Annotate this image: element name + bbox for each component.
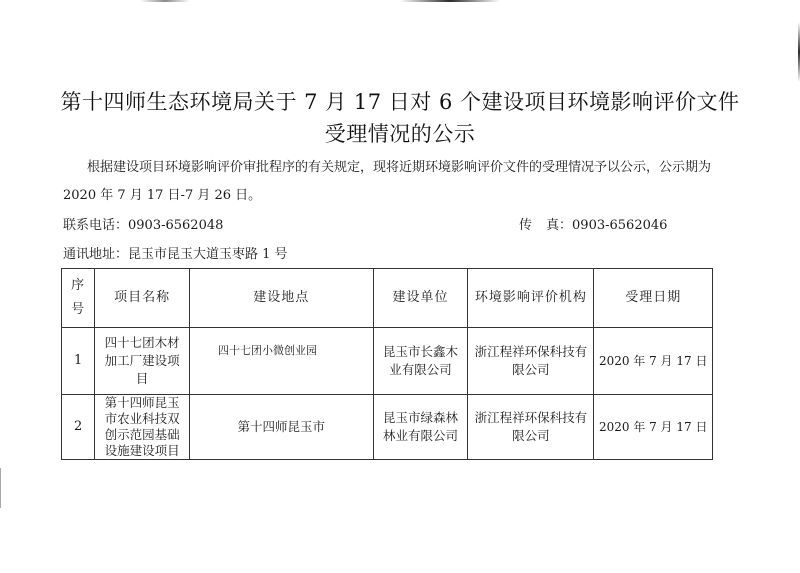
cell-seq: 2 <box>62 395 95 460</box>
header-site: 建设地点 <box>190 269 374 328</box>
fax: 传真：0903-6562046 <box>519 214 667 233</box>
cell-eia-agency: 浙江程祥环保科技有限公司 <box>468 395 594 460</box>
project-acceptance-table: 序 号 项目名称 建设地点 建设单位 环境影响评价机构 受理日期 1 四十七团木… <box>61 268 713 460</box>
cell-site: 四十七团小微创业园 <box>190 328 374 395</box>
cell-site: 第十四师昆玉市 <box>190 395 374 460</box>
header-seq-line-1: 序 <box>66 274 90 298</box>
document-title-line-2: 受理情况的公示 <box>60 118 740 148</box>
cell-unit: 昆玉市绿森林林业有限公司 <box>373 395 468 460</box>
mailing-address: 通讯地址：昆玉市昆玉大道玉枣路 1 号 <box>63 243 288 262</box>
document-title-line-1: 第十四师生态环境局关于 7 月 17 日对 6 个建设项目环境影响评价文件 <box>60 86 740 116</box>
header-seq-line-2: 号 <box>66 298 90 322</box>
scan-artifact <box>400 0 500 2</box>
cell-date: 2020 年 7 月 17 日 <box>594 328 713 395</box>
intro-paragraph-line-2: 2020 年 7 月 17 日-7 月 26 日。 <box>63 184 261 203</box>
cell-date: 2020 年 7 月 17 日 <box>594 395 713 460</box>
cell-project-name: 第十四师昆玉市农业科技双创示范园基础设施建设项目 <box>95 395 190 460</box>
contact-phone-label: 联系电话： <box>63 218 128 233</box>
header-seq: 序 号 <box>62 269 95 328</box>
address-value: 昆玉市昆玉大道玉枣路 1 号 <box>128 247 288 262</box>
table-row: 1 四十七团木材加工厂建设项目 四十七团小微创业园 昆玉市长鑫木业有限公司 浙江… <box>62 328 713 395</box>
table-header-row: 序 号 项目名称 建设地点 建设单位 环境影响评价机构 受理日期 <box>62 269 713 328</box>
cell-seq: 1 <box>62 328 95 395</box>
scan-artifact <box>0 468 1 508</box>
fax-label-a: 传 <box>519 218 546 233</box>
intro-paragraph-line-1: 根据建设项目环境影响评价审批程序的有关规定，现将近期环境影响评价文件的受理情况予… <box>87 156 711 175</box>
header-unit: 建设单位 <box>373 269 468 328</box>
fax-label-b: 真： <box>546 218 572 233</box>
header-project-name: 项目名称 <box>95 269 190 328</box>
cell-project-name: 四十七团木材加工厂建设项目 <box>95 328 190 395</box>
cell-unit: 昆玉市长鑫木业有限公司 <box>373 328 468 395</box>
table-row: 2 第十四师昆玉市农业科技双创示范园基础设施建设项目 第十四师昆玉市 昆玉市绿森… <box>62 395 713 460</box>
cell-eia-agency: 浙江程祥环保科技有限公司 <box>468 328 594 395</box>
contact-phone: 联系电话：0903-6562048 <box>63 214 223 233</box>
header-eia-agency: 环境影响评价机构 <box>468 269 594 328</box>
fax-value: 0903-6562046 <box>572 218 667 233</box>
header-date: 受理日期 <box>594 269 713 328</box>
contact-phone-value: 0903-6562048 <box>128 218 223 233</box>
scan-artifact <box>140 0 190 2</box>
address-label: 通讯地址： <box>63 247 128 262</box>
